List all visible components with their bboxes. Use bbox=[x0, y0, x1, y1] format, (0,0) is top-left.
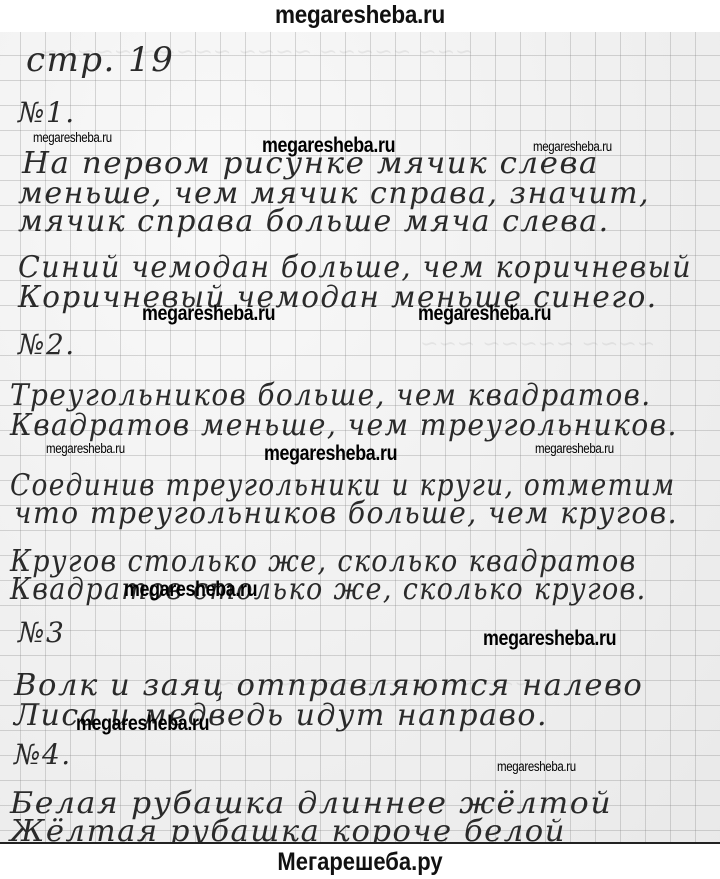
site-header-watermark: megaresheba.ru bbox=[36, 0, 684, 32]
task-number: №2. bbox=[18, 328, 76, 361]
task-number: №3 bbox=[18, 616, 65, 649]
answer-line: Квадратов меньше, чем треугольников. bbox=[10, 408, 678, 443]
watermark: megaresheba.ru bbox=[142, 302, 275, 326]
watermark: megaresheba.ru bbox=[533, 139, 612, 154]
task-number: №1. bbox=[18, 96, 76, 129]
watermark: megaresheba.ru bbox=[33, 130, 112, 145]
watermark: megaresheba.ru bbox=[124, 578, 257, 602]
answer-line: Жёлтая рубашка короче белой bbox=[10, 814, 566, 844]
answer-line: Квадратов столько же, сколько кругов. bbox=[10, 572, 647, 607]
site-footer-watermark: Мегарешеба.ру bbox=[43, 846, 677, 879]
watermark: megaresheba.ru bbox=[497, 759, 576, 774]
task-number: №4. bbox=[14, 738, 72, 771]
answer-line: что треугольников больше, чем кругов. bbox=[14, 496, 678, 531]
watermark: megaresheba.ru bbox=[418, 302, 551, 326]
watermark: megaresheba.ru bbox=[483, 627, 616, 651]
bleed-through-text: ~~~~ ~~~~~ ~~~ bbox=[420, 332, 655, 357]
answer-line: мячик справа больше мяча слева. bbox=[18, 204, 610, 239]
watermark: megaresheba.ru bbox=[76, 712, 209, 736]
watermark: megaresheba.ru bbox=[46, 441, 125, 456]
watermark: megaresheba.ru bbox=[535, 441, 614, 456]
watermark: megaresheba.ru bbox=[262, 134, 395, 158]
page-heading: стр. 19 bbox=[26, 40, 174, 80]
answer-line: Коричневый чемодан меньше синего. bbox=[18, 280, 658, 315]
watermark: megaresheba.ru bbox=[264, 442, 397, 466]
